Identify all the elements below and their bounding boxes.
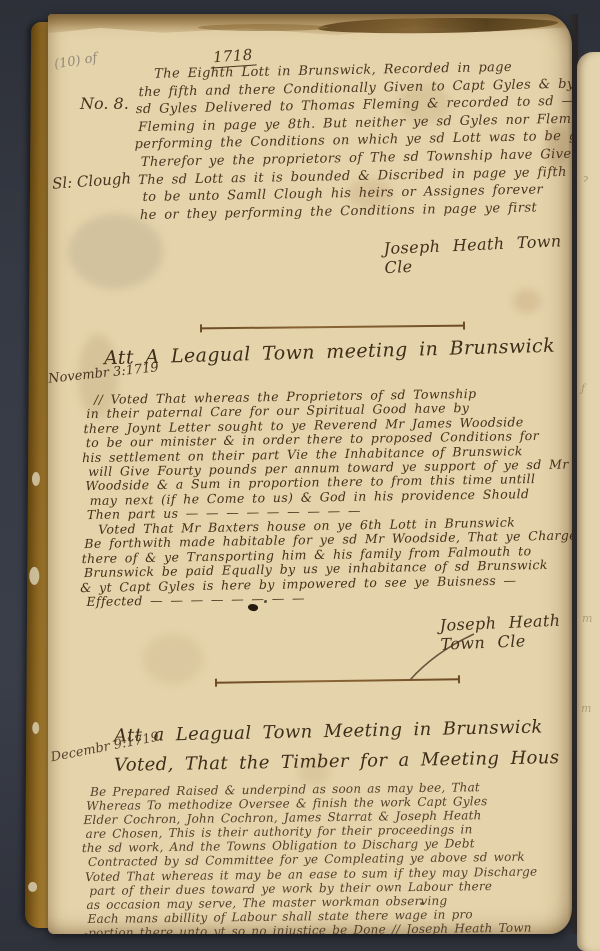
margin-folio-pencil: (10) of (53, 51, 98, 73)
margin-grantee-name: Sl: Clough (51, 169, 131, 192)
spine-wear-fleck (29, 567, 39, 585)
clerk-signature: Joseph Heath Town Cle (383, 231, 572, 277)
photograph-background: (10) of No. 8. Sl: Clough Novembr 3:1719… (0, 0, 600, 951)
spine-wear-fleck (32, 472, 40, 486)
spine-wear-fleck (32, 722, 39, 734)
margin-lot-number: No. 8. (80, 94, 129, 113)
tear-dark-patch (198, 24, 328, 31)
paper-stain (513, 289, 541, 313)
meeting-heading-november: Att A Leagual Town meeting in Brunswick (104, 335, 555, 370)
entry-meeting-house-timber: Be Prepared Raised & underpind as soon a… (90, 780, 538, 934)
entry-lot-grant: The Eighth Lott in Brunswick, Recorded i… (142, 57, 572, 224)
meeting-heading-december: Att a Leagual Town Meeting in Brunswick (114, 717, 543, 747)
facing-page-sliver: ɂ ƒ m m (577, 52, 600, 951)
entry-baxter-house-vote: Voted That Mr Baxters house on ye 6th Lo… (88, 514, 572, 609)
entry-minister-vote: // Voted That whereas the Proprietors of… (90, 386, 569, 523)
section-divider-line (200, 325, 465, 330)
spine-wear-fleck (28, 882, 37, 892)
manuscript-page: (10) of No. 8. Sl: Clough Novembr 3:1719… (48, 14, 572, 934)
paper-smudge (68, 214, 163, 289)
meeting-vote-subheading: Voted, That the Timber for a Meeting Hou… (114, 747, 560, 776)
signature-flourish (408, 632, 478, 682)
paper-stain (143, 634, 203, 684)
